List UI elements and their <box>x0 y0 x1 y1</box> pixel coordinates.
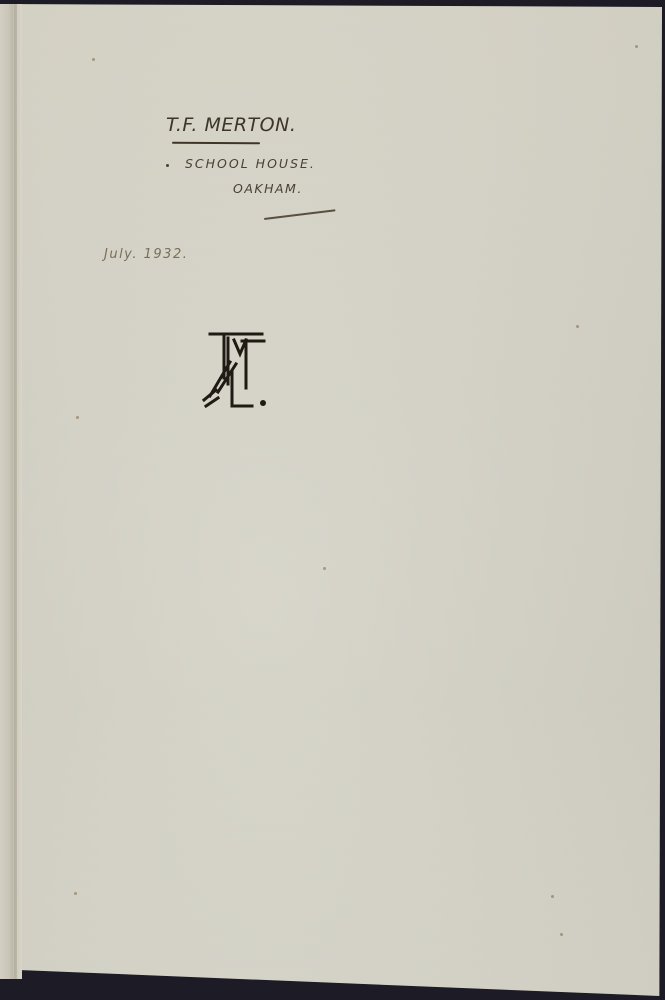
inscription-date: July. 1932. <box>104 247 188 262</box>
paper-speck <box>635 45 638 48</box>
paper-speck <box>323 567 326 570</box>
scanned-page-view: T.F. MERTON. SCHOOL HOUSE. OAKHAM. July.… <box>0 0 665 1000</box>
owner-name: T.F. MERTON. <box>166 114 296 136</box>
flyleaf-page <box>0 4 662 996</box>
address-line-1: SCHOOL HOUSE. <box>185 156 316 171</box>
paper-speck <box>576 325 579 328</box>
paper-speck <box>551 895 554 898</box>
paper-speck <box>92 58 95 61</box>
paper-speck <box>560 933 563 936</box>
gutter-fold-line <box>14 4 17 979</box>
address-line-2: OAKHAM. <box>233 181 303 196</box>
ink-dot <box>166 164 169 167</box>
monogram-icon <box>200 328 270 412</box>
book-gutter <box>0 4 22 979</box>
paper-speck <box>74 892 77 895</box>
paper-speck <box>76 416 79 419</box>
